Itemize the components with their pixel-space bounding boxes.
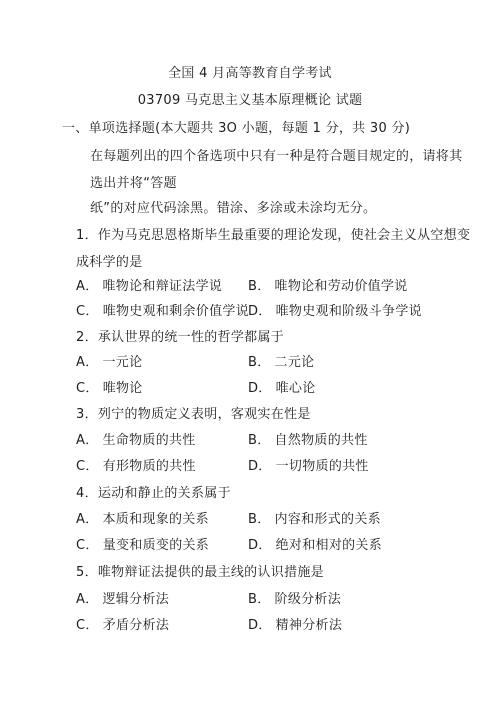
question-text: 列宁的物质定义表明，客观实在性是 bbox=[98, 407, 311, 422]
option-b: B．阶级分析法 bbox=[248, 592, 341, 608]
question-text: 唯物辩证法提供的最主线的认识措施是 bbox=[98, 565, 324, 580]
option-a: A．唯物论和辩证法学说 bbox=[76, 279, 222, 295]
option-d: D．一切物质的共性 bbox=[248, 459, 369, 475]
option-c: C．唯物史观和剩余价值学说 bbox=[76, 304, 249, 320]
option-c: C．矛盾分析法 bbox=[76, 618, 169, 634]
question-number: 5． bbox=[76, 565, 98, 580]
option-a: A．一元论 bbox=[76, 355, 142, 371]
option-d: D．绝对和相对的关系 bbox=[248, 538, 382, 554]
question-text: 运动和静止的关系属于 bbox=[98, 486, 231, 501]
option-d: D．唯物史观和阶级斗争学说 bbox=[248, 304, 422, 320]
option-c: C．有形物质的共性 bbox=[76, 459, 196, 475]
question-text: 作为马克思恩格斯毕生最重要的理论发现，使社会主义从空想变 bbox=[98, 228, 470, 243]
option-c: C．量变和质变的关系 bbox=[76, 538, 209, 554]
exam-subtitle: 03709 马克思主义基本原理概论 试题 bbox=[0, 93, 500, 109]
question-1-continued: 成科学的是 bbox=[76, 255, 143, 271]
instruction-line: 选出并将“答题 bbox=[90, 176, 177, 192]
option-b: B．自然物质的共性 bbox=[248, 433, 368, 449]
option-c: C．唯物论 bbox=[76, 381, 143, 397]
question-number: 3． bbox=[76, 407, 98, 422]
option-a: A．生命物质的共性 bbox=[76, 433, 196, 449]
exam-title: 全国 4 月高等教育自学考试 bbox=[0, 66, 500, 82]
question-1: 1．作为马克思恩格斯毕生最重要的理论发现，使社会主义从空想变 bbox=[76, 228, 470, 244]
instruction-line: 在每题列出的四个备选项中只有一种是符合题目规定的，请将其 bbox=[90, 149, 462, 165]
option-a: A．逻辑分析法 bbox=[76, 592, 169, 608]
question-text: 承认世界的统一性的哲学都属于 bbox=[98, 330, 284, 345]
option-b: B．内容和形式的关系 bbox=[248, 512, 381, 528]
question-5: 5．唯物辩证法提供的最主线的认识措施是 bbox=[76, 565, 324, 581]
option-a: A．本质和现象的关系 bbox=[76, 512, 209, 528]
exam-page: 全国 4 月高等教育自学考试 03709 马克思主义基本原理概论 试题 一、单项… bbox=[0, 0, 500, 707]
option-b: B．唯物论和劳动价值学说 bbox=[248, 279, 408, 295]
question-number: 2． bbox=[76, 330, 98, 345]
question-3: 3．列宁的物质定义表明，客观实在性是 bbox=[76, 407, 311, 423]
question-number: 1． bbox=[76, 228, 98, 243]
option-b: B．二元论 bbox=[248, 355, 314, 371]
question-number: 4． bbox=[76, 486, 98, 501]
question-2: 2．承认世界的统一性的哲学都属于 bbox=[76, 330, 284, 346]
question-4: 4．运动和静止的关系属于 bbox=[76, 486, 231, 502]
section-heading: 一、单项选择题(本大题共 3O 小题，每题 1 分，共 30 分) bbox=[62, 121, 410, 137]
option-d: D．精神分析法 bbox=[248, 618, 342, 634]
option-d: D．唯心论 bbox=[248, 381, 316, 397]
instruction-line: 纸”的对应代码涂黑。错涂、多涂或未涂均无分。 bbox=[90, 201, 376, 217]
